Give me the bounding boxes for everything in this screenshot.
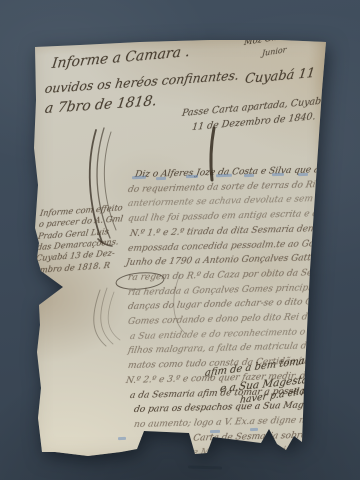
body-text-line: do requerimento da sorte de terras do Ri… <box>127 178 360 195</box>
blue-ink-dash <box>244 174 254 177</box>
body-text-line: danças do lugar donde achar-se o dito Go… <box>127 296 353 312</box>
corner-signature-line-2: Junior <box>262 45 287 58</box>
photograph-of-manuscript: Moz Gmz Junior Informe a Camara . ouvido… <box>0 0 360 480</box>
pen-flourish-lower-2 <box>101 288 113 344</box>
body-text-line: qual lhe foi passado em antiga escrita e… <box>127 207 360 224</box>
body-text-line: no aumento; logo a V. Ex.a se digne mand… <box>133 415 335 430</box>
pen-flourish-lower-1 <box>94 290 106 346</box>
manuscript-paper: Moz Gmz Junior Informe a Camara . ouvido… <box>30 34 330 460</box>
body-text-line: Gomes cordando e dono pelo dito Rei da C… <box>127 311 344 327</box>
paper-shadow-wrap: Moz Gmz Junior Informe a Camara . ouvido… <box>0 0 360 480</box>
body-text-line: ria herdada a Gonçalves Gomes principian… <box>127 281 360 297</box>
body-text-line: Junho de 1790 a Antonio Gonçalves Gatta,… <box>125 252 350 268</box>
blue-ink-dash <box>156 177 166 180</box>
docket-line-2: ouvidos os heréos confinantes. <box>44 67 240 96</box>
blue-ink-dash <box>298 173 308 176</box>
body-text-line: filhos malograra, a falta de matricula d… <box>127 341 317 356</box>
blue-ink-dash <box>118 437 126 440</box>
blue-ink-dash <box>272 173 284 176</box>
body-text-line: a Sua entidade e do reconhecimento o que <box>129 327 326 342</box>
body-text-line: N.º 1.º e 2.º tirada da dita Sesmaria de… <box>129 223 359 239</box>
docket-date-right: Cuyabá 11 <box>244 66 316 87</box>
body-text-line: ra regem do R.º da Caza por obito da Ses… <box>127 267 335 282</box>
body-text-line: empossada concedida pessoalm.te ao Gover… <box>127 237 360 254</box>
docket-line-3: a 7bro de 1818. <box>44 93 158 117</box>
docket-line-1: Informe a Camara . <box>51 44 191 72</box>
body-text-line: nomeada e Maria filo em Navio do Reino <box>147 444 335 459</box>
body-text-line: anteriormente se achava devoluta e sem d… <box>127 193 360 209</box>
blue-ink-dash <box>250 428 258 431</box>
body-text-line: do para os despachos que a Sua Magestade <box>133 400 334 415</box>
blue-ink-dash <box>132 176 146 179</box>
blue-ink-dash <box>210 430 220 433</box>
blue-ink-dash <box>186 175 198 178</box>
pen-flourish-lower-3 <box>108 292 120 340</box>
body-text-line: possa nova Carta de Sesmaria sobre d.a <box>139 430 324 445</box>
